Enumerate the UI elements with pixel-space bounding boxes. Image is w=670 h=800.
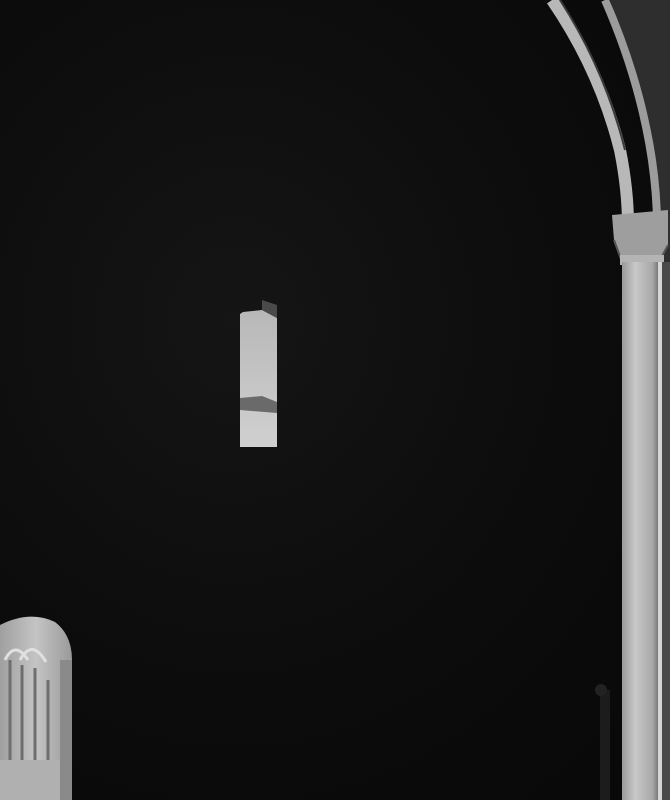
photograph: Dark church interior with a tall pale st… <box>0 0 670 800</box>
window-slit <box>240 300 277 447</box>
photo-scene <box>0 0 670 800</box>
arched-opening <box>0 617 72 800</box>
column <box>595 262 670 800</box>
column-capital <box>612 210 668 265</box>
